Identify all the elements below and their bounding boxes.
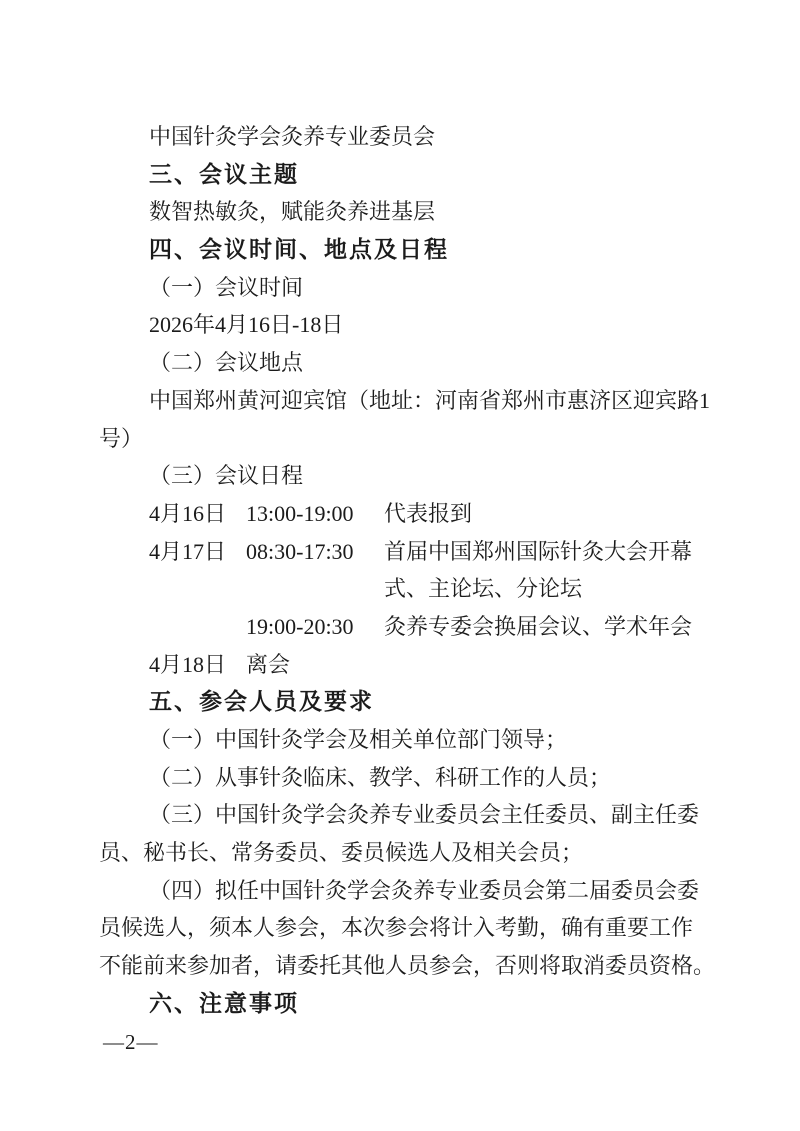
section3-heading: 三、会议主题 bbox=[99, 156, 714, 194]
page-number: —2— bbox=[103, 1030, 159, 1055]
venue-line-1: 中国郑州黄河迎宾馆（地址：河南省郑州市惠济区迎宾路1 bbox=[99, 382, 714, 420]
agenda-label: （三）会议日程 bbox=[99, 457, 714, 495]
agenda-time: 离会 bbox=[246, 646, 384, 684]
agenda-row: 19:00-20:30 灸养专委会换届会议、学术年会 bbox=[99, 608, 714, 646]
attendee-item-3-line-2: 员、秘书长、常务委员、委员候选人及相关会员； bbox=[99, 834, 714, 872]
agenda-row: 4月17日 08:30-17:30 首届中国郑州国际针灸大会开幕 bbox=[99, 533, 714, 571]
agenda-row: 4月16日 13:00-19:00 代表报到 bbox=[99, 495, 714, 533]
section3-theme: 数智热敏灸，赋能灸养进基层 bbox=[99, 193, 714, 231]
agenda-time: 08:30-17:30 bbox=[246, 533, 384, 571]
meeting-time-value: 2026年4月16日-18日 bbox=[99, 306, 714, 344]
attendee-item-3-line-1: （三）中国针灸学会灸养专业委员会主任委员、副主任委 bbox=[99, 796, 714, 834]
agenda-date: 4月18日 bbox=[149, 646, 246, 684]
agenda-event: 式、主论坛、分论坛 bbox=[384, 570, 714, 608]
agenda-date bbox=[149, 608, 246, 646]
document-page: 中国针灸学会灸养专业委员会 三、会议主题 数智热敏灸，赋能灸养进基层 四、会议时… bbox=[0, 0, 800, 1131]
agenda-event bbox=[384, 646, 714, 684]
attendee-item-1: （一）中国针灸学会及相关单位部门领导； bbox=[99, 721, 714, 759]
agenda-event: 代表报到 bbox=[384, 495, 714, 533]
agenda-row: 式、主论坛、分论坛 bbox=[99, 570, 714, 608]
agenda-time: 13:00-19:00 bbox=[246, 495, 384, 533]
attendee-item-2: （二）从事针灸临床、教学、科研工作的人员； bbox=[99, 759, 714, 797]
section5-heading: 五、参会人员及要求 bbox=[99, 683, 714, 721]
attendee-item-4-line-3: 不能前来参加者，请委托其他人员参会，否则将取消委员资格。 bbox=[99, 947, 714, 985]
attendee-item-4-line-2: 员候选人，须本人参会，本次参会将计入考勤，确有重要工作 bbox=[99, 909, 714, 947]
agenda-time bbox=[246, 570, 384, 608]
document-content: 中国针灸学会灸养专业委员会 三、会议主题 数智热敏灸，赋能灸养进基层 四、会议时… bbox=[99, 118, 714, 1023]
attendee-item-4-line-1: （四）拟任中国针灸学会灸养专业委员会第二届委员会委 bbox=[99, 872, 714, 910]
agenda-date bbox=[149, 570, 246, 608]
agenda-row: 4月18日 离会 bbox=[99, 646, 714, 684]
section6-heading: 六、注意事项 bbox=[99, 985, 714, 1023]
section4-heading: 四、会议时间、地点及日程 bbox=[99, 231, 714, 269]
agenda-event: 灸养专委会换届会议、学术年会 bbox=[384, 608, 714, 646]
meeting-time-label: （一）会议时间 bbox=[99, 269, 714, 307]
agenda-event: 首届中国郑州国际针灸大会开幕 bbox=[384, 533, 714, 571]
venue-line-2: 号） bbox=[99, 420, 714, 458]
venue-label: （二）会议地点 bbox=[99, 344, 714, 382]
agenda-time: 19:00-20:30 bbox=[246, 608, 384, 646]
agenda-date: 4月17日 bbox=[149, 533, 246, 571]
committee-line: 中国针灸学会灸养专业委员会 bbox=[99, 118, 714, 156]
agenda-date: 4月16日 bbox=[149, 495, 246, 533]
